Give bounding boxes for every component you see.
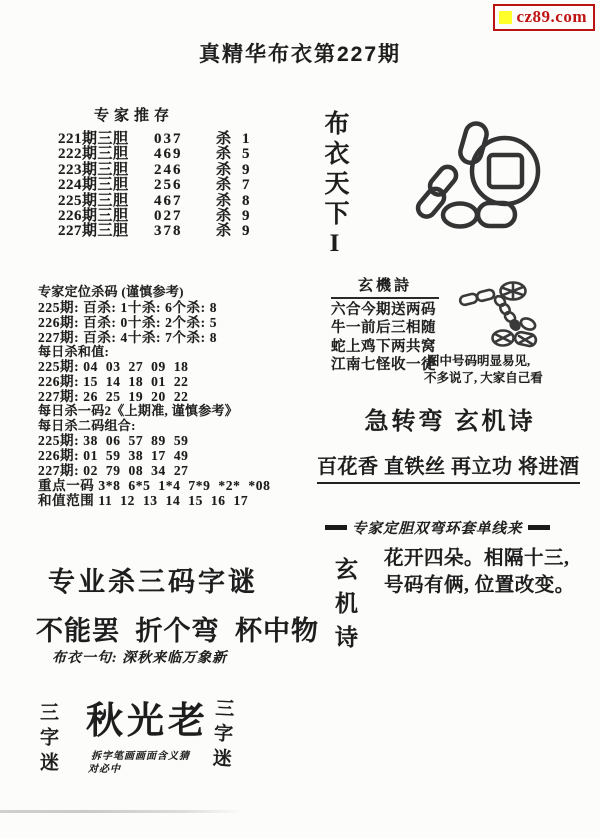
three-char-riddle-text: 秋光老	[86, 690, 209, 744]
mystery-poem-title: 玄機詩	[331, 274, 439, 299]
mystery-poem-section: 玄機詩 六合今期送两码 牛一前后三相随 蛇上鸡下两共窝 江南七怪收一徒	[331, 274, 439, 375]
xuanji-vertical-label: 玄机诗	[328, 557, 361, 659]
expert-picks-section: 专家推存 221期三胆037杀1 222期三胆469杀5 223期三胆246杀9…	[58, 104, 258, 240]
table-row: 222期三胆469杀5	[58, 147, 258, 162]
coin-chain-sketch	[452, 278, 547, 356]
sharp-turn-clues: 百花香 直铁丝 再立功 将进酒	[317, 450, 580, 484]
riddle-answer: 不能罢 折个弯 杯中物	[36, 609, 319, 648]
kill-sum-line: 225期: 04 03 27 09 18	[38, 359, 298, 374]
kill-position-title: 专家定位杀码 (谨慎参考)	[38, 285, 298, 300]
sketch-caption-line1: 图中号码明显易见,	[427, 351, 530, 369]
logo-text: cz89.com	[516, 7, 587, 27]
kill-two-title: 每日杀二码组合:	[38, 419, 298, 434]
xuanji-line: 号码有俩, 位置改变。	[384, 572, 575, 599]
poem-line: 六合今期送两码	[331, 301, 439, 319]
xuanji-couplet: 花开四朵。相隔十三, 号码有俩, 位置改变。	[384, 545, 575, 599]
site-logo[interactable]: cz89.com	[493, 4, 595, 31]
divider-dash-icon	[528, 525, 550, 530]
section-divider: 专家定胆双弯环套单线来	[325, 517, 573, 538]
riddle-note-line2: 对必中	[88, 760, 121, 775]
kill-two-line: 226期: 01 59 38 17 49	[38, 448, 298, 463]
coin-and-pills-sketch	[413, 103, 573, 253]
brand-vertical-title: 布衣天下I	[316, 110, 352, 262]
kill-sum-title: 每日杀和值:	[38, 345, 298, 360]
sharp-turn-title: 急转弯 玄机诗	[320, 401, 580, 436]
scan-artifact-line	[0, 810, 242, 813]
divider-dash-icon	[325, 525, 347, 530]
sketch-caption-line2: 不多说了, 大家自己看	[424, 368, 543, 386]
kill-one-title: 每日杀一码2《上期准, 谨慎参考》	[38, 404, 298, 419]
three-char-label-right: 三字迷	[206, 697, 237, 773]
tip-sheet-page: cz89.com 真精华布衣第227期 专家推存 221期三胆037杀1 222…	[0, 0, 600, 838]
key-one-line: 重点一码 3*8 6*5 1*4 7*9 *2* *08	[38, 478, 298, 493]
sum-range-line: 和值范围 11 12 13 14 15 16 17	[38, 493, 298, 508]
three-char-label-left: 三字迷	[34, 702, 61, 777]
poem-line: 蛇上鸡下两共窝	[331, 338, 439, 356]
table-row: 227期三胆378杀9	[58, 224, 258, 239]
poem-line: 江南七怪收一徒	[331, 356, 439, 374]
kill-stats-section: 专家定位杀码 (谨慎参考) 225期: 百杀: 1十杀: 6个杀: 8 226期…	[38, 285, 298, 508]
expert-picks-title: 专家推存	[94, 104, 258, 125]
table-row: 223期三胆246杀9	[58, 163, 258, 178]
kill-position-line: 227期: 百杀: 4十杀: 7个杀: 8	[38, 330, 298, 345]
page-title: 真精华布衣第227期	[0, 38, 600, 68]
riddle-title: 专业杀三码字谜	[48, 560, 258, 599]
kill-position-line: 226期: 百杀: 0十杀: 2个杀: 5	[38, 315, 298, 330]
kill-sum-line: 226期: 15 14 18 01 22	[38, 374, 298, 389]
divider-text: 专家定胆双弯环套单线来	[352, 517, 523, 538]
kill-sum-line: 227期: 26 25 19 20 22	[38, 389, 298, 404]
kill-two-line: 225期: 38 06 57 89 59	[38, 433, 298, 448]
xuanji-line: 花开四朵。相隔十三,	[384, 545, 575, 572]
poem-line: 牛一前后三相随	[331, 319, 439, 337]
logo-square-icon	[499, 11, 512, 24]
table-row: 225期三胆467杀8	[58, 194, 258, 209]
buyi-sentence: 布衣一句: 深秋来临万象新	[52, 647, 227, 667]
table-row: 224期三胆256杀7	[58, 178, 258, 193]
kill-position-line: 225期: 百杀: 1十杀: 6个杀: 8	[38, 300, 298, 315]
kill-two-line: 227期: 02 79 08 34 27	[38, 463, 298, 478]
